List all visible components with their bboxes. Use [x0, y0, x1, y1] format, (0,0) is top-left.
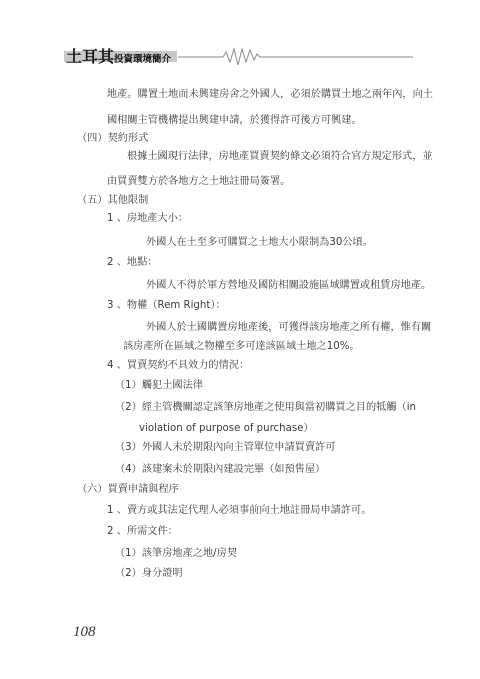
header-title-sub: 投資環境簡介 [114, 54, 171, 65]
text-line: 1 、賣方或其法定代理人必須事前向土地註冊局申請許可。 [107, 504, 371, 518]
text-line: （3）外國人未於期限內向主管單位申請買賣許可 [115, 441, 335, 455]
text-line: 3 、物權（Rem Right）： [107, 299, 226, 313]
text-line: 該房產所在區域之物權至多可達該區域土地之10%。 [123, 340, 360, 354]
text-line: 1 、房地產大小： [107, 212, 188, 226]
text-line: 2 、地點： [107, 256, 157, 270]
text-line: 4 、買賣契約不具效力的情況： [107, 359, 249, 373]
text-line: （四）契約形式 [77, 132, 148, 146]
text-line: 地產。購置土地而未興建房舍之外國人，必須於購買土地之兩年內，向土 [107, 88, 433, 102]
text-line: （五）其他限制 [77, 194, 148, 208]
text-line: （六）買賣申請與程序 [77, 483, 179, 497]
running-header: 土耳其投資環境簡介 [64, 40, 414, 70]
text-line: 外國人不得於軍方營地及國防相關設施區域購置或租賃房地產。 [146, 279, 431, 293]
text-line: 由買賣雙方於各地方之土地註冊局簽署。 [107, 175, 290, 189]
text-line: （1）該筆房地產之地/房契 [115, 547, 237, 561]
header-title-main: 土耳其 [66, 47, 114, 66]
text-line: 根據土國現行法律，房地產買賣契約條文必須符合官方規定形式，並 [127, 150, 433, 164]
text-line: 外國人在土至多可購買之土地大小限制為30公頃。 [146, 236, 373, 250]
text-line: violation of purpose of purchase） [139, 422, 314, 436]
text-line: （2）經主管機關認定該筆房地產之使用與當初購買之目的牴觸（in [115, 401, 416, 415]
text-line: （4）該建案未於期限內建設完畢（如預售屋） [115, 463, 325, 477]
text-line: （1）觸犯土國法律 [115, 379, 203, 393]
text-line: 外國人於土國購置房地產後，可獲得該房地產之所有權，惟有關 [146, 321, 431, 335]
header-title: 土耳其投資環境簡介 [66, 44, 171, 67]
text-line: 國相關主管機構提出興建申請，於獲得許可後方可興建。 [107, 114, 362, 128]
text-line: （2）身分證明 [115, 567, 183, 581]
page-number: 108 [73, 624, 96, 641]
text-line: 2 、所需文件： [107, 525, 178, 539]
